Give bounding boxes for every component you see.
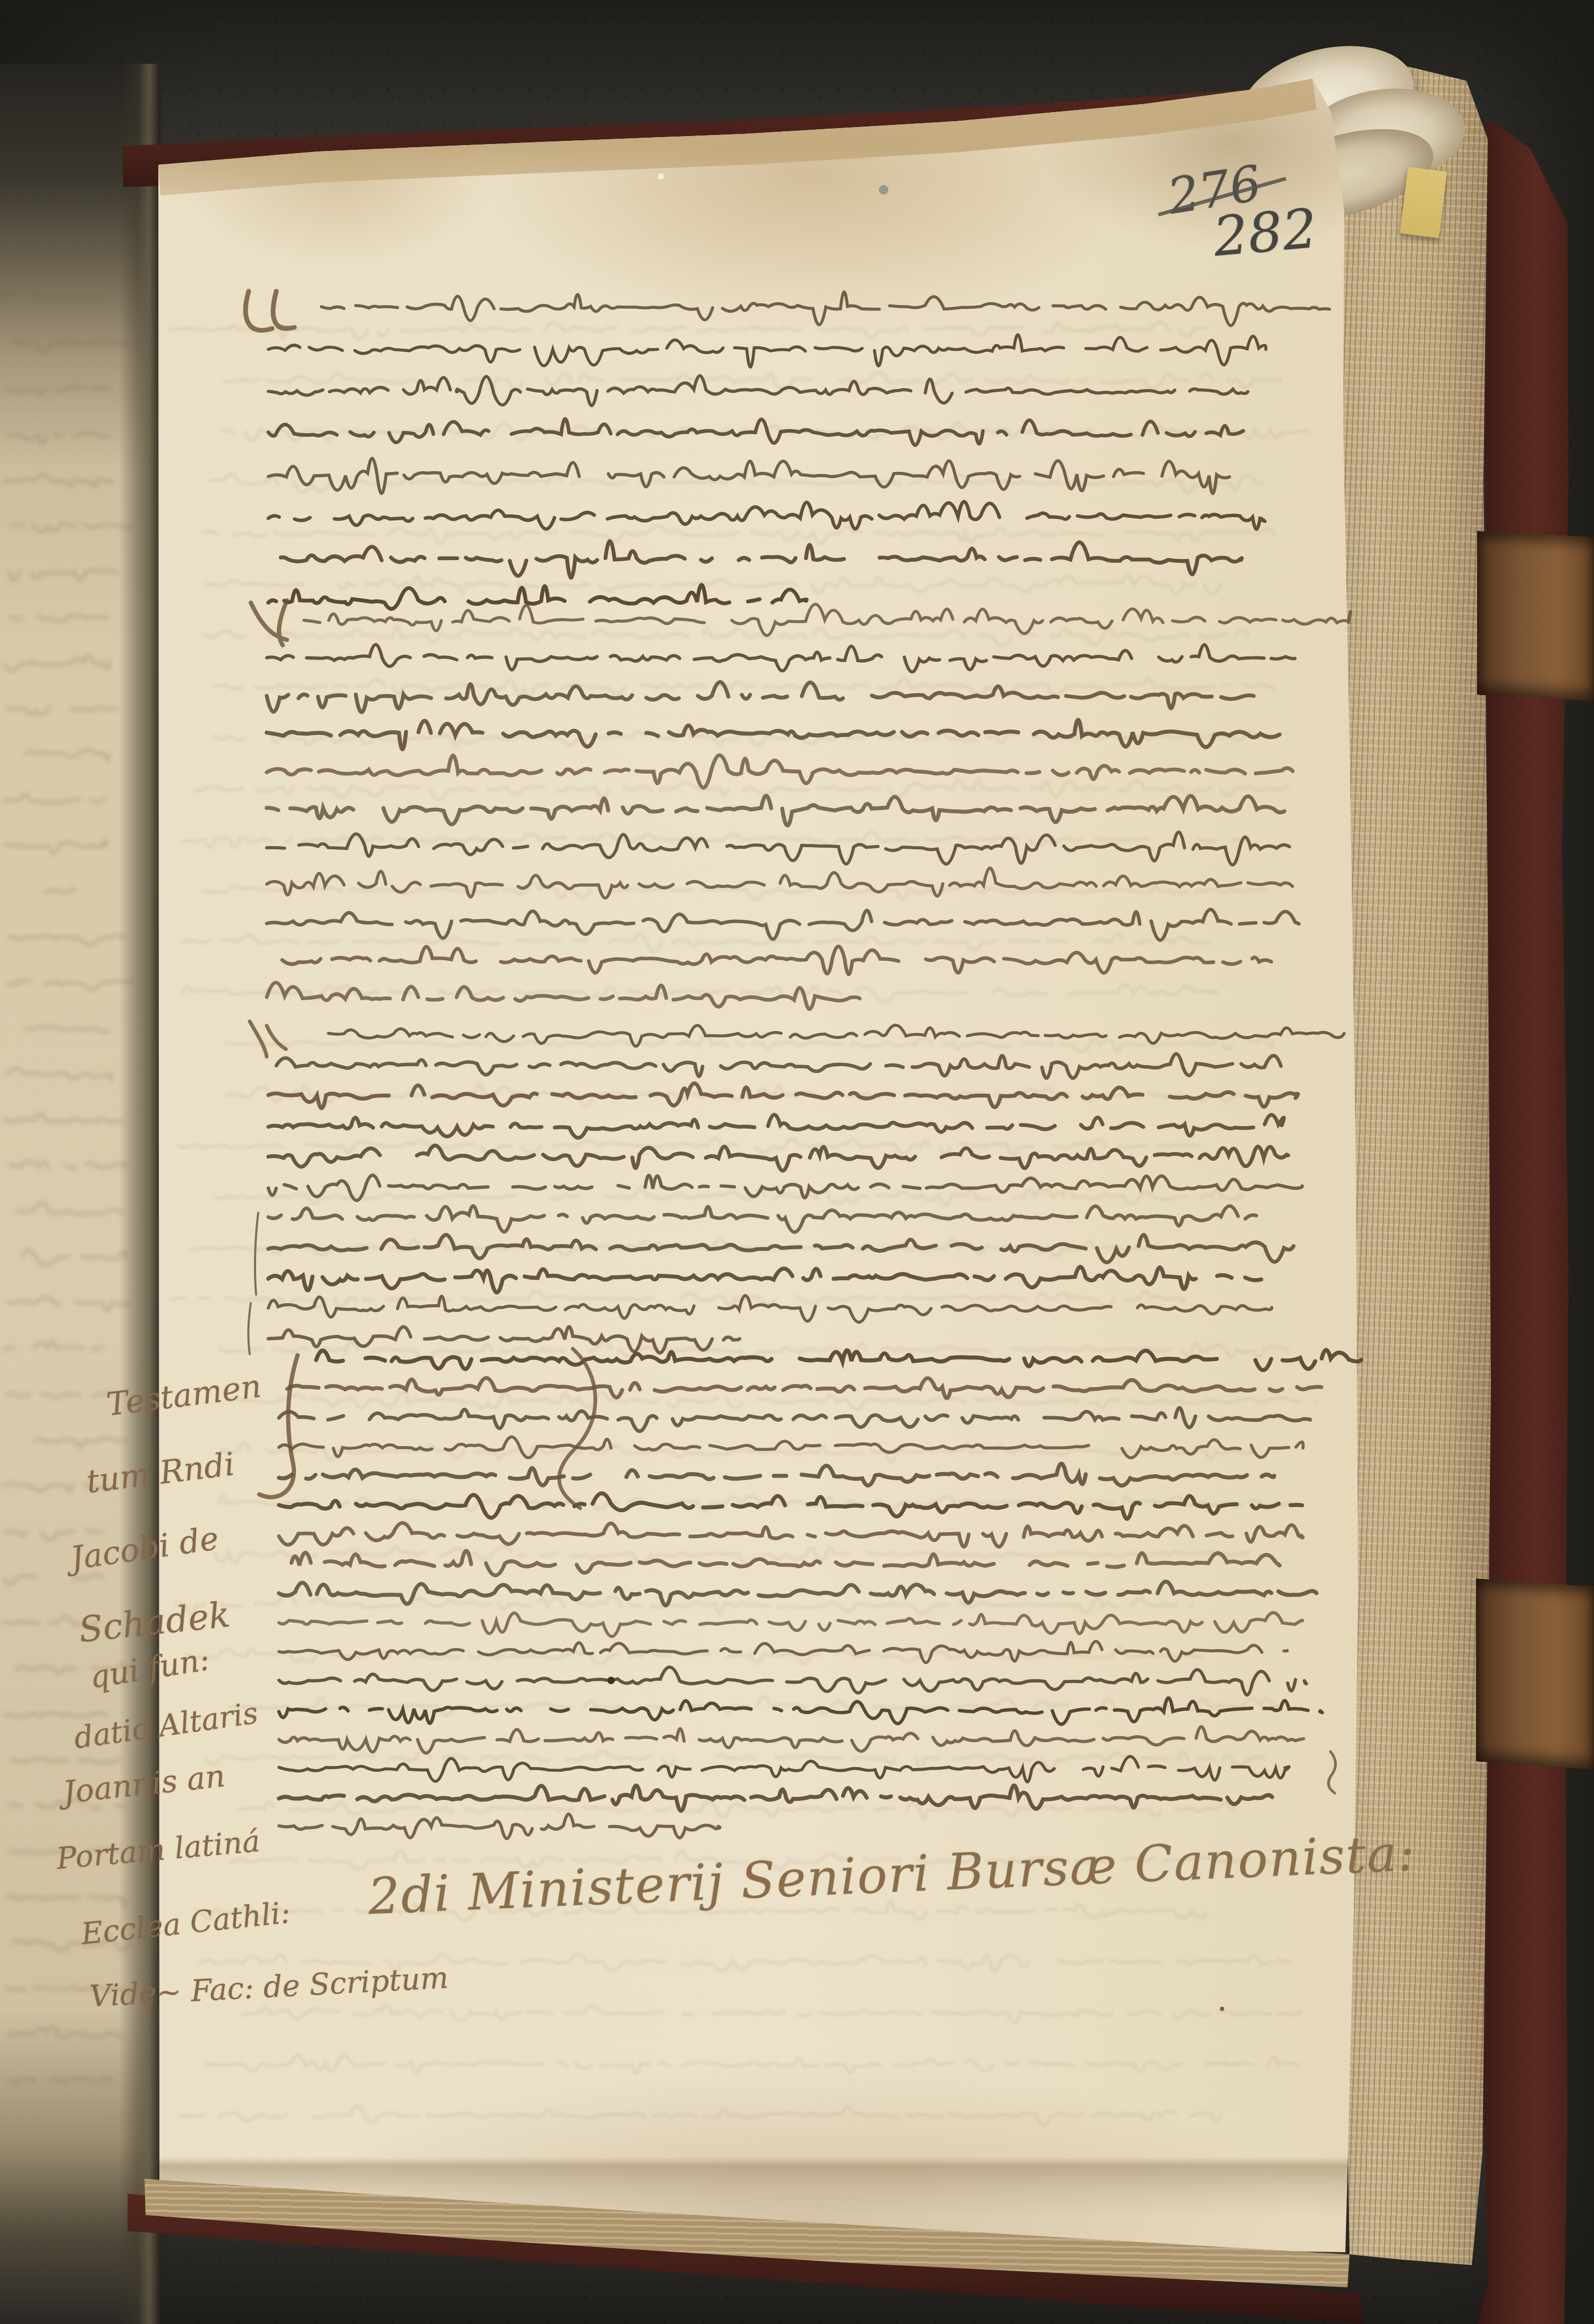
clasp-strap-lower xyxy=(1476,1578,1594,1770)
manuscript-photo: 276 282 Testamen tum Rndi Jacobi de Scha… xyxy=(0,0,1594,2324)
folio-number-new: 282 xyxy=(1211,202,1319,265)
clasp-strap-upper xyxy=(1477,531,1594,701)
bookmark-slip xyxy=(1400,167,1447,238)
